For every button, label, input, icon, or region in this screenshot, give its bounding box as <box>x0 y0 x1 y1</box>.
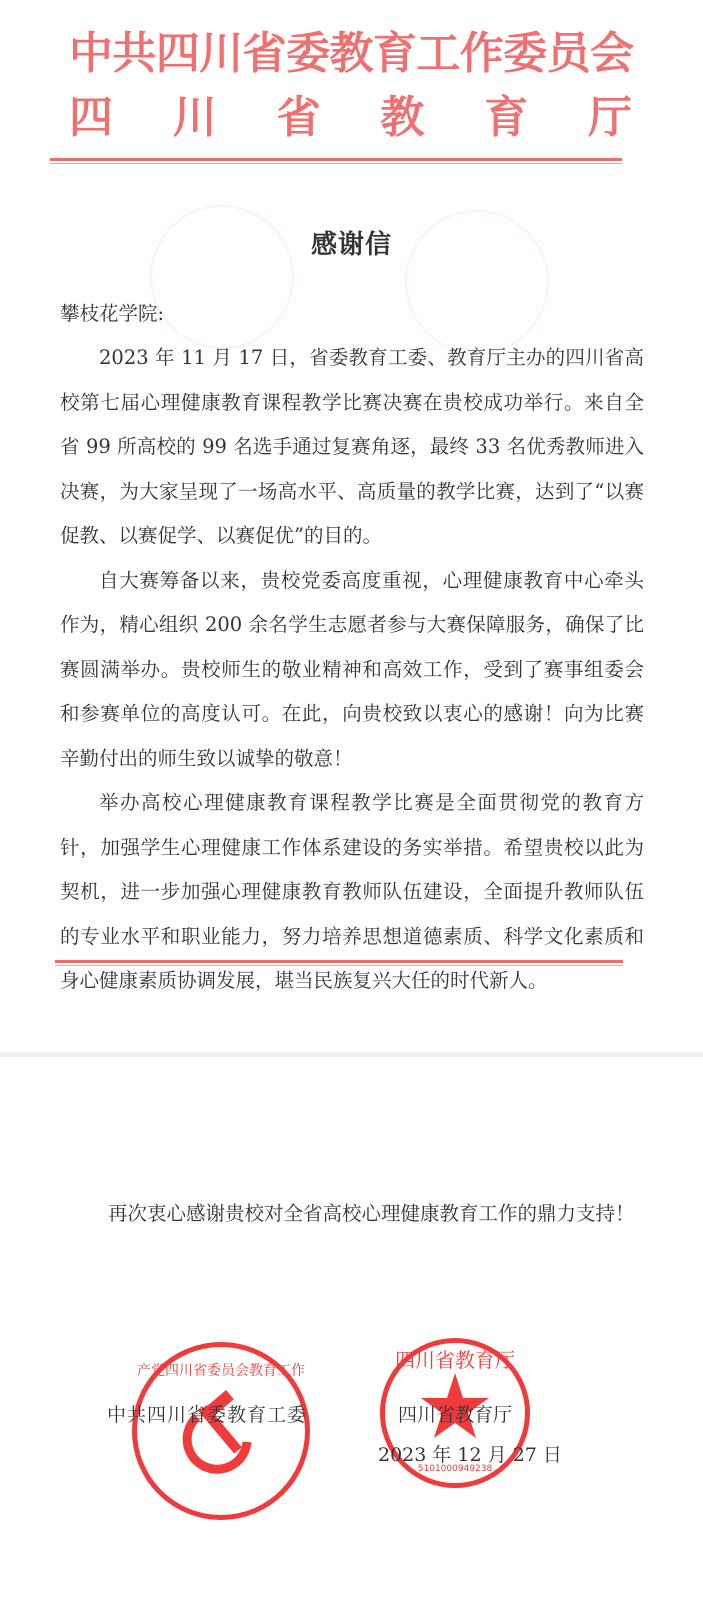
letter-page-2: 再次衷心感谢贵校对全省高校心理健康教育工作的鼎力支持！ <box>0 1057 703 1622</box>
paragraph-2: 自大赛筹备以来，贵校党委高度重视，心理健康教育中心牵头作为，精心组织 200 余… <box>60 559 644 782</box>
paragraph-3: 举办高校心理健康教育课程教学比赛是全面贯彻党的教育方针，加强学生心理健康工作体系… <box>60 781 644 1004</box>
header-party-committee: 中共四川省委教育工作委员会 <box>69 26 632 82</box>
signature-date: 2023 年 12 月 27 日 <box>378 1440 562 1467</box>
seal-text-right: 四川省教育厅 <box>395 1348 515 1372</box>
closing-paragraph: 再次衷心感谢贵校对全省高校心理健康教育工作的鼎力支持！ <box>60 1192 644 1236</box>
hammer-sickle-icon: 中国共产党四川省委员会教育工作委员会 <box>137 1347 305 1515</box>
letter-body: 2023 年 11 月 17 日，省委教育工委、教育厅主办的四川省高校第七届心理… <box>60 336 644 1004</box>
paragraph-1: 2023 年 11 月 17 日，省委教育工委、教育厅主办的四川省高校第七届心理… <box>60 336 644 559</box>
footer-rule <box>55 960 623 963</box>
signature-party-committee: 中共四川省委教育工委 <box>107 1400 307 1427</box>
header-education-department: 四 川 省 教 育 厅 <box>69 90 632 146</box>
party-committee-seal: 中国共产党四川省委员会教育工作委员会 <box>132 1342 310 1520</box>
header-rule-thin <box>50 163 622 164</box>
salutation: 攀枝花学院: <box>60 292 644 337</box>
letter-page-1: 中共四川省委教育工作委员会 四 川 省 教 育 厅 感谢信 攀枝花学院: 202… <box>0 0 703 1052</box>
signature-education-department: 四川省教育厅 <box>398 1400 512 1427</box>
letter-title: 感谢信 <box>0 224 703 261</box>
seal-text-left: 中国共产党四川省委员会教育工作委员会 <box>137 1362 305 1379</box>
footer-rule-thin <box>55 965 623 966</box>
header-rule <box>50 158 622 161</box>
